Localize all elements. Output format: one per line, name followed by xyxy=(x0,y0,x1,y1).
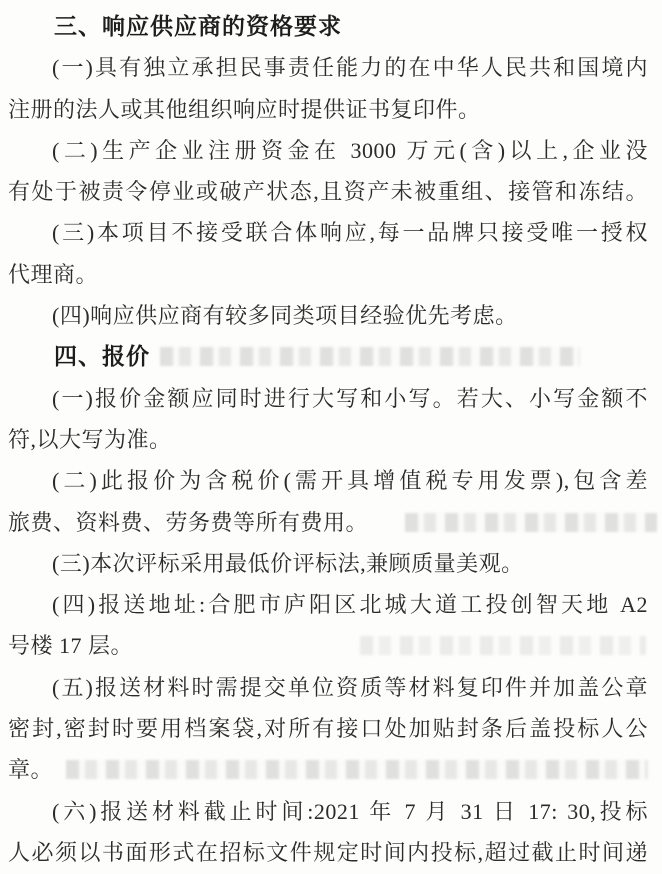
line-text: (一)具有独立承担民事责任能力的在中华人民共和国境内 xyxy=(52,55,648,80)
line-text: (一)报价金额应同时进行大写和小写。若大、小写金额不 xyxy=(52,386,648,411)
line-text: (六)报送材料截止时间:2021 年 7 月 31 日 17: 30,投标 xyxy=(52,799,648,824)
line-text: (五)报送材料时需提交单位资质等材料复印件并加盖公章 xyxy=(52,675,648,700)
paragraph-line: 人必须以书面形式在招标文件规定时间内投标,超过截止时间递 xyxy=(8,832,648,873)
paragraph-line: (三)本项目不接受联合体响应,每一品牌只接受唯一授权 xyxy=(8,212,648,253)
line-text: 人必须以书面形式在招标文件规定时间内投标,超过截止时间递 xyxy=(8,840,648,865)
paragraph-line: (二)生产企业注册资金在 3000 万元(含)以上,企业没 xyxy=(8,130,648,171)
paragraph-line: (三)本次评标采用最低价评标法,兼顾质量美观。 xyxy=(8,543,648,584)
bleed-through-artifact xyxy=(66,760,648,779)
paragraph-line: (一)报价金额应同时进行大写和小写。若大、小写金额不 xyxy=(8,378,648,419)
line-text: 号楼 17 层。 xyxy=(8,633,133,658)
section-heading: 三、响应供应商的资格要求 xyxy=(8,6,648,47)
line-text: (四)响应供应商有较多同类项目经验优先考虑。 xyxy=(52,303,518,328)
paragraph-line: (四)响应供应商有较多同类项目经验优先考虑。 xyxy=(8,295,648,336)
paragraph-line: 号楼 17 层。 xyxy=(8,625,648,666)
paragraph-line: 章。 xyxy=(8,749,648,790)
line-text: 四、报价 xyxy=(54,343,150,369)
document-lines: 三、响应供应商的资格要求(一)具有独立承担民事责任能力的在中华人民共和国境内注册… xyxy=(8,6,648,873)
bleed-through-artifact xyxy=(405,513,657,532)
line-text: (四)报送地址:合肥市庐阳区北城大道工投创智天地 A2 xyxy=(52,592,648,617)
bleed-through-artifact xyxy=(360,636,646,655)
line-text: 代理商。 xyxy=(8,262,98,287)
line-text: (二)生产企业注册资金在 3000 万元(含)以上,企业没 xyxy=(52,138,648,163)
paragraph-line: 注册的法人或其他组织响应时提供证书复印件。 xyxy=(8,89,648,130)
line-text: 注册的法人或其他组织响应时提供证书复印件。 xyxy=(8,97,481,122)
line-text: 密封,密封时要用档案袋,对所有接口处加贴封条后盖投标人公 xyxy=(8,716,648,741)
bleed-through-artifact xyxy=(160,347,580,366)
line-text: 有处于被责令停业或破产状态,且资产未被重组、接管和冻结。 xyxy=(8,179,648,204)
paragraph-line: (六)报送材料截止时间:2021 年 7 月 31 日 17: 30,投标 xyxy=(8,791,648,832)
paragraph-line: 代理商。 xyxy=(8,254,648,295)
line-text: 章。 xyxy=(8,757,53,782)
section-heading: 四、报价 xyxy=(8,336,648,377)
paragraph-line: (五)报送材料时需提交单位资质等材料复印件并加盖公章 xyxy=(8,667,648,708)
paragraph-line: 符,以大写为准。 xyxy=(8,419,648,460)
document-page: 三、响应供应商的资格要求(一)具有独立承担民事责任能力的在中华人民共和国境内注册… xyxy=(0,0,662,874)
paragraph-line: 有处于被责令停业或破产状态,且资产未被重组、接管和冻结。 xyxy=(8,171,648,212)
paragraph-line: 旅费、资料费、劳务费等所有费用。 xyxy=(8,502,648,543)
line-text: (三)本项目不接受联合体响应,每一品牌只接受唯一授权 xyxy=(52,220,648,245)
paragraph-line: (一)具有独立承担民事责任能力的在中华人民共和国境内 xyxy=(8,47,648,88)
paragraph-line: (四)报送地址:合肥市庐阳区北城大道工投创智天地 A2 xyxy=(8,584,648,625)
line-text: (三)本次评标采用最低价评标法,兼顾质量美观。 xyxy=(52,551,524,576)
line-text: (二)此报价为含税价(需开具增值税专用发票),包含差 xyxy=(52,468,648,493)
line-text: 符,以大写为准。 xyxy=(8,427,172,452)
paragraph-line: (二)此报价为含税价(需开具增值税专用发票),包含差 xyxy=(8,460,648,501)
line-text: 旅费、资料费、劳务费等所有费用。 xyxy=(8,510,368,535)
paragraph-line: 密封,密封时要用档案袋,对所有接口处加贴封条后盖投标人公 xyxy=(8,708,648,749)
line-text: 三、响应供应商的资格要求 xyxy=(54,13,342,39)
